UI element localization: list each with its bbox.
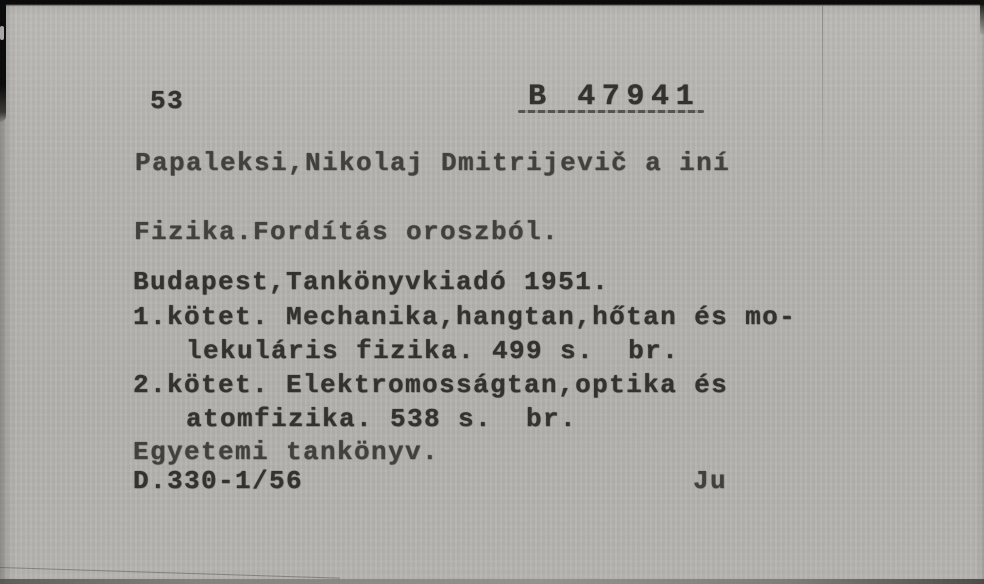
volume2-line2: atomfizika. 538 s. br.	[186, 406, 577, 432]
scan-edge-top	[0, 0, 984, 6]
volume1-line1: 1.kötet. Mechanika,hangtan,hőtan és mo-	[133, 304, 796, 330]
volume2-line1: 2.kötet. Elektromosságtan,optika és	[133, 372, 728, 398]
paper-crease-vertical	[822, 6, 823, 196]
scan-edge-right	[980, 0, 984, 34]
page-corner-number: 53	[150, 88, 184, 114]
title-line: Fizika.Fordítás oroszból.	[134, 219, 559, 245]
call-number-underline	[518, 110, 704, 113]
catalog-card: 53 B 47941 Papaleksi,Nikolaj Dmitrijevič…	[0, 0, 984, 584]
note-line: Egyetemi tankönyv.	[133, 439, 439, 465]
paper-crease-bottom	[0, 567, 340, 579]
volume1-line2: lekuláris fizika. 499 s. br.	[186, 338, 679, 364]
author-line: Papaleksi,Nikolaj Dmitrijevič a iní	[135, 150, 730, 176]
scan-edge-left-notch	[0, 26, 4, 40]
shelf-mark: D.330-1/56	[133, 468, 303, 494]
imprint-line: Budapest,Tankönyvkiadó 1951.	[133, 269, 609, 295]
scan-edge-bottom	[0, 579, 984, 584]
call-number: B 47941	[528, 82, 700, 112]
scan-edge-left	[0, 0, 6, 122]
cataloguer-initials: Ju	[693, 468, 727, 494]
